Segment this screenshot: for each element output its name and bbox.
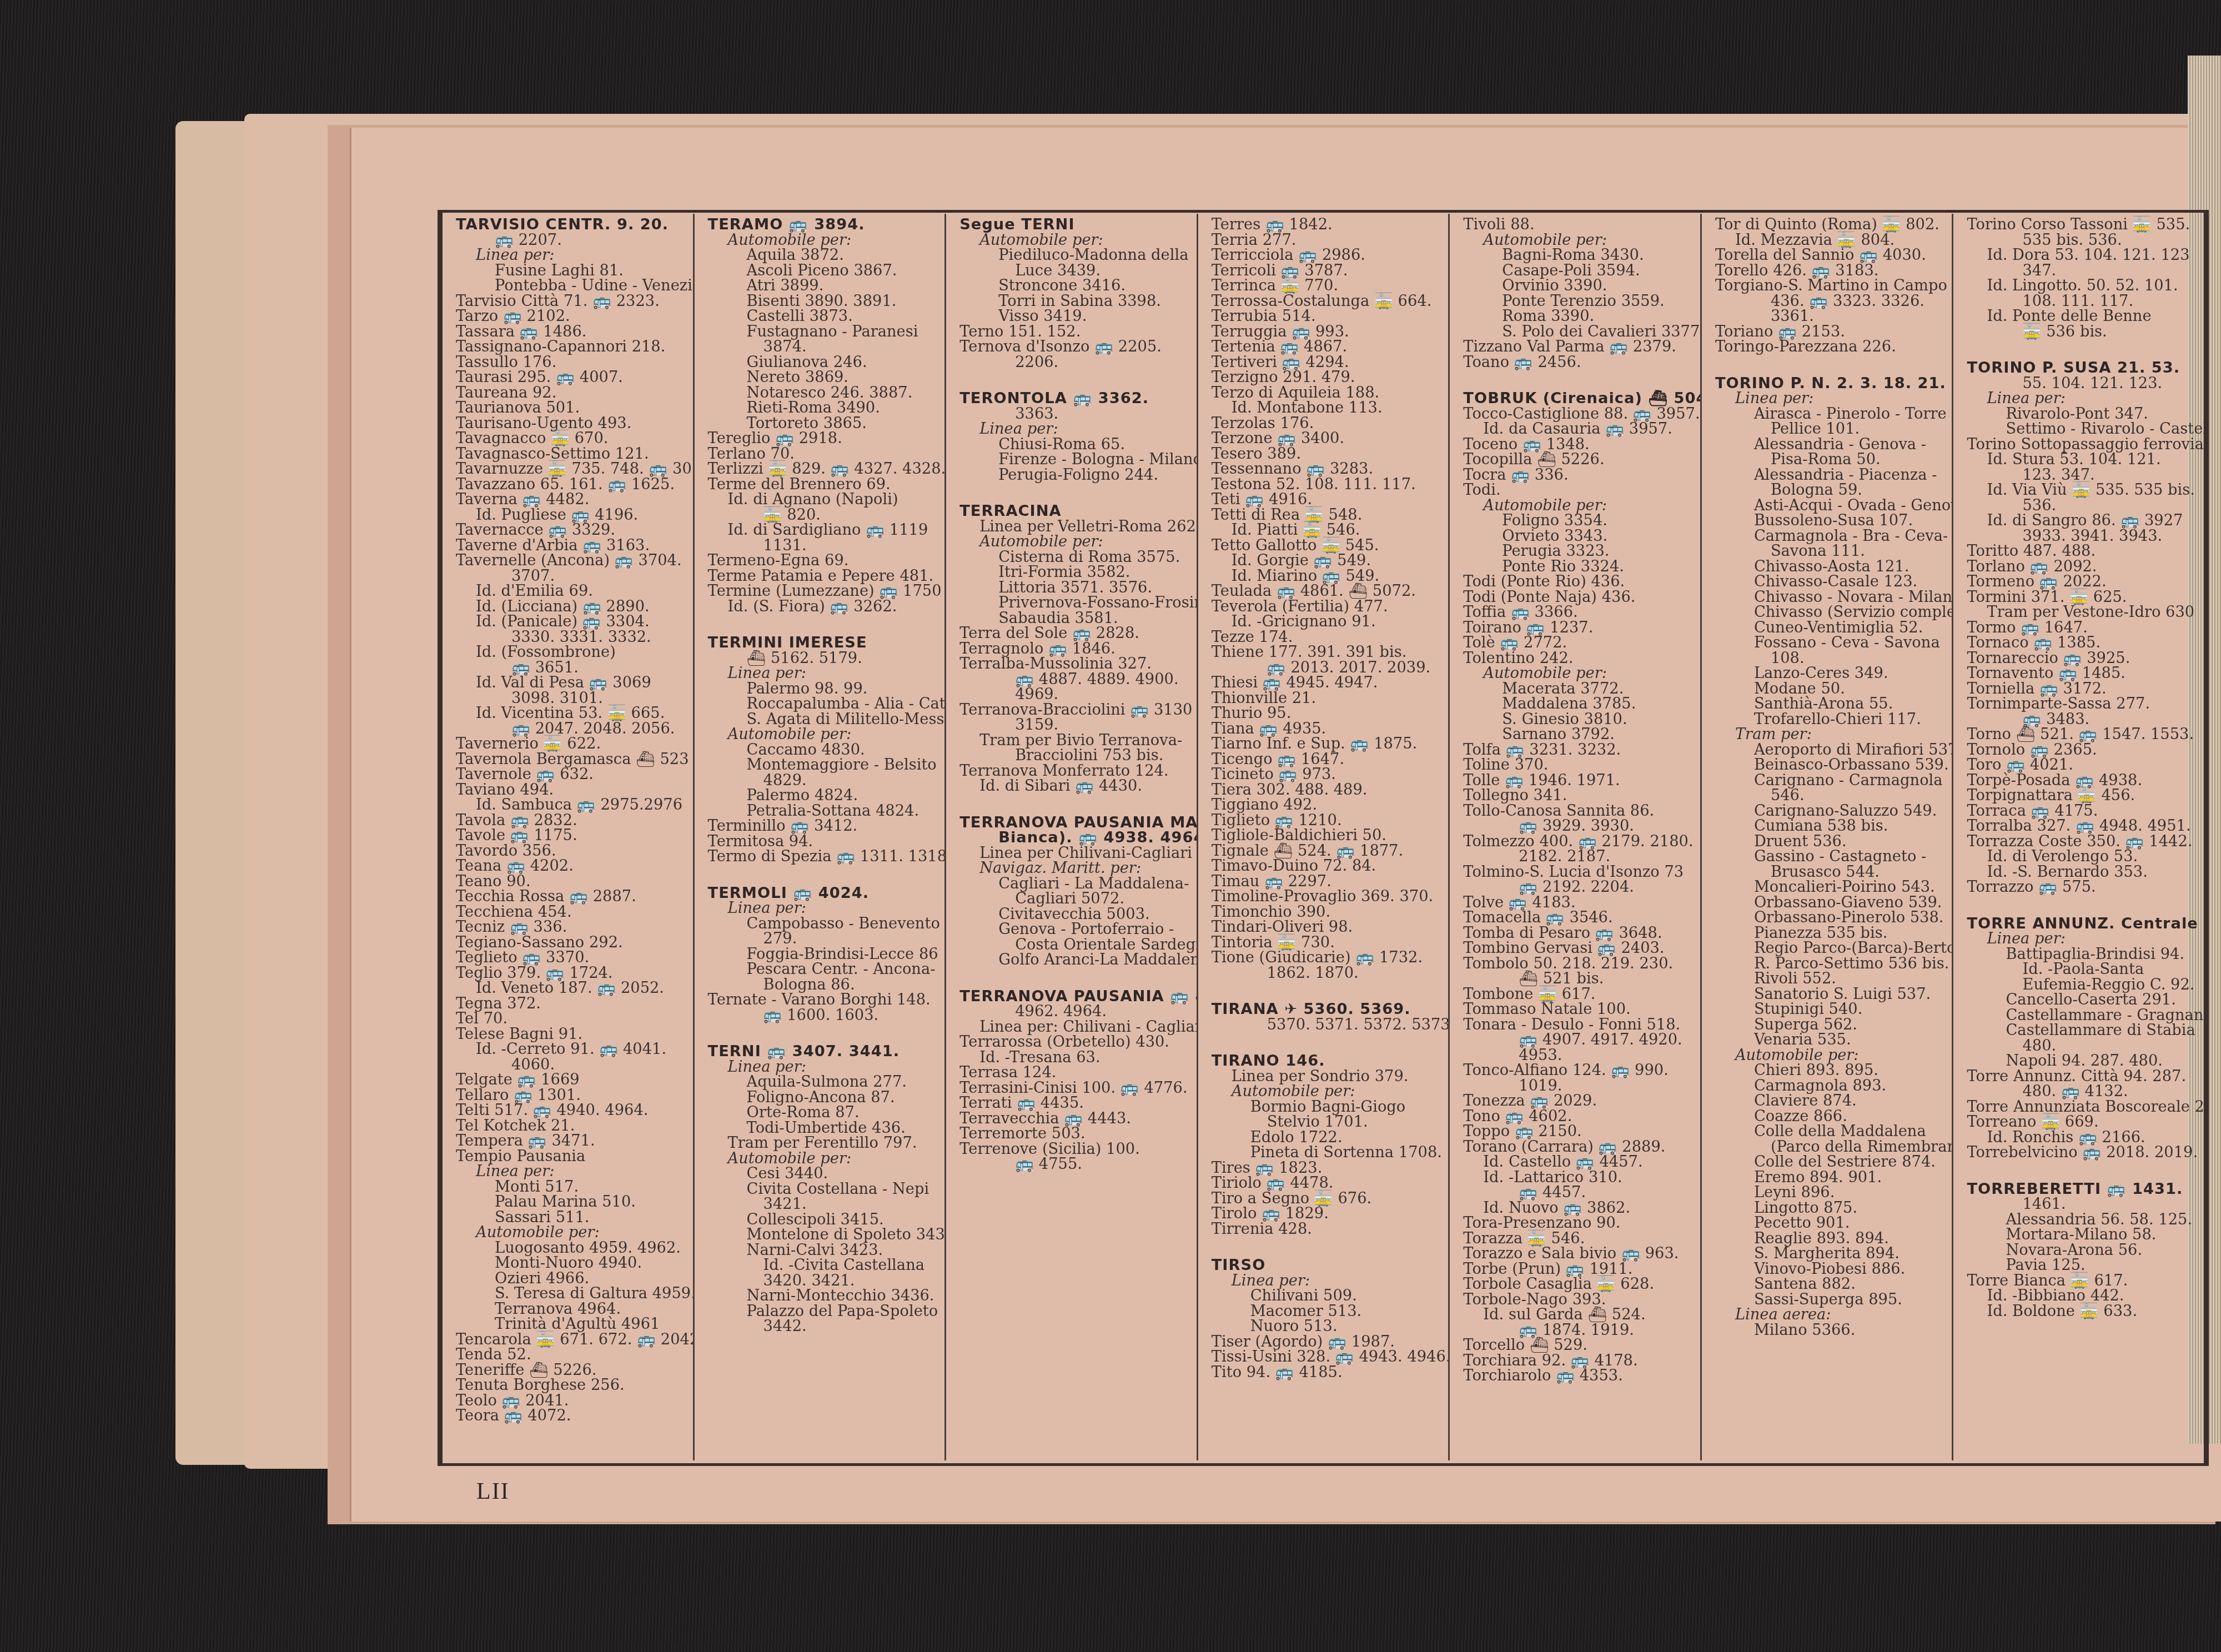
index-entry: Tolve 🚌 4183. [1463, 895, 1695, 911]
index-entry: Id. Castello 🚌 4457. [1463, 1154, 1695, 1170]
index-entry: Torre Annunziata Boscoreale 291. [1967, 1099, 2198, 1115]
index-entry: Trofarello-Chieri 117. [1715, 712, 1947, 727]
index-entry: 🚌 4755. [959, 1157, 1191, 1172]
index-entry: S. Margherita 894. [1715, 1246, 1947, 1262]
index-entry: Macerata 3772. [1463, 681, 1695, 697]
index-entry: Id. -Civita Castellana [708, 1258, 939, 1273]
index-entry: Orvinio 3390. [1463, 278, 1695, 294]
index-entry: Asti-Acqui - Ovada - Genova 128. [1715, 498, 1947, 514]
index-entry: Torre Annunz. Città 94. 287. [1967, 1069, 2198, 1084]
index-entry: Leyni 896. [1715, 1185, 1947, 1201]
index-entry: Montemaggiore - Belsito [708, 757, 939, 773]
index-entry: Tel Kotchek 21. [456, 1118, 687, 1134]
station-heading: TERMOLI 🚌 4024. [708, 886, 939, 901]
index-entry: Tegiano-Sassano 292. [456, 935, 687, 951]
index-entry: Cuneo-Ventimiglia 52. [1715, 620, 1947, 636]
index-entry: Tram per Vestone-Idro 630 [1967, 605, 2198, 620]
index-entry: Tereglio 🚌 2918. [708, 431, 939, 446]
index-entry: Tione (Giudicarie) 🚌 1732. [1212, 950, 1443, 966]
index-entry: Terminillo 🚌 3412. [708, 819, 939, 834]
index-entry: Tito 94. 🚌 4185. [1212, 1365, 1443, 1380]
index-entry: Bracciolini 753 bis. [959, 748, 1191, 764]
index-entry: Linea per: [1212, 1273, 1443, 1289]
index-entry: Roma 3390. [1463, 309, 1695, 324]
index-entry: Tiser (Agordo) 🚌 1987. [1212, 1334, 1443, 1350]
index-entry: Bormio Bagni-Giogo [1212, 1099, 1443, 1115]
index-entry: Tassara 🚌 1486. [456, 324, 687, 340]
index-entry: Terrarossa (Orbetello) 430. [959, 1035, 1191, 1050]
index-entry: Claviere 874. [1715, 1093, 1947, 1109]
index-entry: Battipaglia-Brindisi 94. [1967, 947, 2198, 962]
index-column-1: TARVISIO CENTR. 9. 20.🚌 2207.Linea per:F… [443, 214, 695, 1460]
index-entry: Modane 50. [1715, 681, 1947, 697]
index-entry: 🚌 4907. 4917. 4920. [1463, 1032, 1695, 1048]
index-entry: Montelone di Spoleto 3433 [708, 1227, 939, 1243]
index-entry: Teglio 379. 🚌 1724. [456, 966, 687, 981]
index-entry: Tesero 389. [1212, 446, 1443, 462]
index-entry: Tavernelle (Ancona) 🚌 3704. [456, 553, 687, 569]
index-entry: 279. [708, 931, 939, 947]
index-column-7: Torino Corso Tassoni 🚋 535.535 bis. 536.… [1953, 214, 2204, 1460]
index-entry: Id. -Bibbiano 442. [1967, 1288, 2198, 1304]
index-entry: Tirolo 🚌 1829. [1212, 1206, 1443, 1222]
index-entry: 3363. [959, 406, 1191, 422]
section-spacer [1715, 355, 1947, 376]
index-entry: Terres 🚌 1842. [1212, 217, 1443, 233]
index-entry: Tomba di Pesaro 🚌 3648. [1463, 926, 1695, 941]
index-entry: Linea per: Chilivani - Cagliari 327. [959, 1020, 1191, 1035]
index-entry: Torrebelvicino 🚌 2018. 2019. [1967, 1145, 2198, 1161]
index-entry: Linea per: [708, 901, 939, 916]
index-entry: Torazzo e Sala bivio 🚌 963. [1463, 1246, 1695, 1262]
index-entry: Id. d'Emilia 69. [456, 584, 687, 599]
index-entry: Termo di Spezia 🚌 1311. 1318 [708, 849, 939, 865]
index-entry: 3707. [456, 569, 687, 584]
index-entry: 3442. [708, 1319, 939, 1334]
index-entry: 🚋 820. [708, 508, 939, 523]
index-entry: Torino Corso Tassoni 🚋 535. [1967, 217, 2198, 233]
index-entry: Telti 517. 🚌 4940. 4964. [456, 1103, 687, 1118]
index-entry: Orvieto 3343. [1463, 529, 1695, 544]
index-entry: Linea per Sondrio 379. [1212, 1069, 1443, 1084]
index-entry: Automobile per: [708, 1151, 939, 1167]
index-entry: Napoli 94. 287. 480. [1967, 1053, 2198, 1069]
index-entry: Terricoli 🚌 3787. [1212, 263, 1443, 279]
index-entry: Tornavento 🚌 1485. [1967, 666, 2198, 681]
index-entry: Navigaz. Maritt. per: [959, 861, 1191, 876]
index-entry: Chivasso-Aosta 121. [1715, 559, 1947, 575]
index-entry: Fossano - Ceva - Savona [1715, 635, 1947, 651]
index-entry: Terragnolo 🚌 1846. [959, 641, 1191, 657]
index-entry: Caccamo 4830. [708, 742, 939, 758]
index-entry: Tessennano 🚌 3283. [1212, 461, 1443, 477]
index-entry: Pavia 125. [1967, 1258, 2198, 1273]
section-spacer [959, 794, 1191, 815]
index-entry: Automobile per: [959, 534, 1191, 550]
index-entry: Casape-Poli 3594. [1463, 263, 1695, 279]
index-entry: Thurio 95. [1212, 706, 1443, 721]
index-entry: Terravecchia 🚌 4443. [959, 1111, 1191, 1127]
index-entry: Tor di Quinto (Roma) 🚋 802. [1715, 217, 1947, 233]
index-entry: Privernova-Fossano-Frosinone 3504. [959, 595, 1191, 611]
index-entry: Alessandria - Piacenza - [1715, 468, 1947, 483]
index-entry: Coazze 866. [1715, 1109, 1947, 1124]
index-entry: 4953. [1463, 1048, 1695, 1063]
index-entry: Roccapalumba - Alia - Catania 99. [708, 696, 939, 712]
index-entry: Toceno 🚌 1348. [1463, 437, 1695, 453]
index-entry: Littoria 3571. 3576. [959, 580, 1191, 596]
index-entry: Edolo 1722. [1212, 1130, 1443, 1146]
index-entry: ⛴ 521 bis. [1463, 971, 1695, 987]
index-entry: Ticengo 🚌 1647. [1212, 752, 1443, 767]
index-entry: Terremorte 503. [959, 1126, 1191, 1142]
section-spacer [1967, 1161, 2198, 1182]
index-entry: 108. [1715, 651, 1947, 666]
index-entry: Tissi-Usini 328. 🚌 4943. 4946. [1212, 1349, 1443, 1365]
index-entry: Linea per: [1715, 391, 1947, 406]
index-entry: Eufemia-Reggio C. 92. [1967, 977, 2198, 993]
index-entry: Tollo-Canosa Sannita 86. [1463, 804, 1695, 819]
index-entry: Piediluco-Madonna della [959, 248, 1191, 263]
index-entry: Tormeno 🚌 2022. [1967, 574, 2198, 590]
index-column-6: Tor di Quinto (Roma) 🚋 802.Id. Mezzavia … [1702, 214, 1954, 1460]
index-entry: Trinità d'Agultù 4961 [456, 1317, 687, 1332]
index-entry: Pescara Centr. - Ancona- [708, 962, 939, 977]
index-entry: Torchiara 92. 🚌 4178. [1463, 1353, 1695, 1369]
index-entry: Toringo-Parezzana 226. [1715, 339, 1947, 355]
index-entry: 3421. [708, 1197, 939, 1212]
index-entry: 🚌 3483. [1967, 712, 2198, 727]
index-entry: Tram per: [1715, 727, 1947, 742]
index-entry: Torino Sottopassaggio ferrovia 🚋 535. 53… [1967, 437, 2198, 453]
station-heading: TORINO P. N. 2. 3. 18. 21. [1715, 376, 1947, 391]
index-entry: 5370. 5371. 5372. 5373. [1212, 1017, 1443, 1033]
index-entry: Terzone 🚌 3400. [1212, 431, 1443, 446]
index-entry: Terzigno 291. 479. [1212, 370, 1443, 385]
index-entry: Vinovo-Piobesi 886. [1715, 1262, 1947, 1277]
index-entry: Id. Gorgie 🚌 549. [1212, 553, 1443, 569]
index-entry: Torano (Carrara) 🚌 2889. [1463, 1139, 1695, 1155]
index-entry: Terzolas 176. [1212, 416, 1443, 431]
page-number: LII [476, 1478, 510, 1505]
index-entry: Tolmezzo 400. 🚌 2179. 2180. [1463, 834, 1695, 850]
index-entry: Tolentino 242. [1463, 651, 1695, 666]
index-entry: Todi (Ponte Naja) 436. [1463, 590, 1695, 605]
index-entry: Chivasso-Casale 123. [1715, 574, 1947, 590]
index-entry: Tollegno 341. [1463, 788, 1695, 804]
index-entry: Santhià-Arona 55. [1715, 696, 1947, 712]
index-entry: Rivarolo-Pont 347. [1967, 406, 2198, 422]
index-entry: Monti-Nuoro 4940. [456, 1256, 687, 1271]
index-entry: Fustagnano - Paranesi [708, 324, 939, 340]
index-entry: Novara-Arona 56. [1967, 1243, 2198, 1258]
index-entry: Ozieri 4966. [456, 1271, 687, 1287]
index-entry: 🚌 3929. 3930. [1463, 819, 1695, 834]
index-entry: Collescipoli 3415. [708, 1212, 939, 1228]
index-entry: Gassino - Castagneto - [1715, 849, 1947, 865]
index-entry: Tono 🚌 4602. [1463, 1109, 1695, 1124]
station-heading: TIRANO 146. [1212, 1053, 1443, 1069]
index-entry: Tavole 🚌 1175. [456, 828, 687, 843]
index-columns: TARVISIO CENTR. 9. 20.🚌 2207.Linea per:F… [443, 214, 2204, 1460]
index-entry: Taurasi 295. 🚌 4007. [456, 370, 687, 385]
section-spacer [708, 865, 939, 886]
index-entry: Sanatorio S. Luigi 537. [1715, 987, 1947, 1002]
index-entry: Ternova d'Isonzo 🚌 2205. [959, 339, 1191, 355]
index-entry: Id. Via Viù 🚋 535. 535 bis. [1967, 483, 2198, 498]
index-entry: Alessandria - Genova - [1715, 437, 1947, 453]
index-entry: Id. sul Garda ⛴ 524. [1463, 1307, 1695, 1323]
index-entry: Tomacella 🚌 3546. [1463, 910, 1695, 926]
index-entry: 535 bis. 536. [1967, 233, 2198, 248]
index-entry: Foggia-Brindisi-Lecce 86 [708, 947, 939, 962]
index-entry: Tornimparte-Sassa 277. [1967, 696, 2198, 712]
index-entry: Id. Boldone 🚋 633. [1967, 1304, 2198, 1319]
station-heading: TERRANOVA PAUSANIA 🚌 4938. 4960. [959, 989, 1191, 1005]
index-entry: 🚌 1600. 1603. [708, 1008, 939, 1023]
station-heading: Segue TERNI [959, 217, 1191, 233]
section-spacer [1967, 895, 2198, 916]
index-entry: Thiesi 🚌 4945. 4947. [1212, 675, 1443, 691]
index-entry: Tiana 🚌 4935. [1212, 721, 1443, 737]
index-entry: Settimo - Rivarolo - Castellamonte 347. [1967, 421, 2198, 437]
index-entry: Timonchio 390. [1212, 905, 1443, 920]
index-entry: S. Agata di Militello-Messina Maritt. 98… [708, 712, 939, 727]
index-entry: 536. [1967, 498, 2198, 514]
index-entry: R. Parco-Settimo 536 bis. [1715, 956, 1947, 972]
index-entry: 2206. [959, 355, 1191, 370]
index-entry: Tirrenia 428. [1212, 1222, 1443, 1237]
index-entry: Id. Mezzavia 🚋 804. [1715, 233, 1947, 248]
index-entry: Torno ⛴ 521. 🚌 1547. 1553. [1967, 727, 2198, 742]
index-entry: Toffia 🚌 3366. [1463, 605, 1695, 620]
index-entry: Tintoria 🚋 730. [1212, 935, 1443, 951]
index-entry: Tocra 🚌 336. [1463, 468, 1695, 483]
index-entry: Monti 517. [456, 1179, 687, 1195]
index-entry: Tetto Gallotto 🚋 545. [1212, 538, 1443, 554]
index-entry: Toano 🚌 2456. [1463, 355, 1695, 370]
index-entry: Visso 3419. [959, 309, 1191, 324]
index-entry: Chilivani 509. [1212, 1288, 1443, 1304]
index-entry: Termitosa 94. [708, 834, 939, 850]
index-entry: Carignano - Carmagnola [1715, 773, 1947, 789]
index-entry: 3159. [959, 717, 1191, 733]
index-entry: Tel 70. [456, 1011, 687, 1027]
index-entry: Tarvisio Città 71. 🚌 2323. [456, 294, 687, 309]
index-entry: 4829. [708, 773, 939, 789]
index-entry: Fusine Laghi 81. [456, 263, 687, 279]
index-entry: Tiggiano 492. [1212, 797, 1443, 813]
index-entry: Eremo 894. 901. [1715, 1170, 1947, 1186]
index-entry: Tetti di Rea 🚋 548. [1212, 508, 1443, 523]
index-entry: Torniella 🚌 3172. [1967, 681, 2198, 697]
index-entry: Nereto 3869. [708, 370, 939, 385]
index-entry: Lanzo-Ceres 349. [1715, 666, 1947, 681]
index-entry: Torchiarolo 🚌 4353. [1463, 1368, 1695, 1384]
index-entry: Bussoleno-Susa 107. [1715, 513, 1947, 529]
index-entry: Tolfa 🚌 3231. 3232. [1463, 742, 1695, 758]
station-heading: TORREBERETTI 🚌 1431. [1967, 1182, 2198, 1197]
index-entry: Bologna 86. [708, 977, 939, 993]
index-entry: Palermo 98. 99. [708, 681, 939, 697]
index-entry: 3874. [708, 339, 939, 355]
index-entry: Teti 🚌 4916. [1212, 492, 1443, 508]
index-entry: 3330. 3331. 3332. [456, 630, 687, 645]
index-entry: Linea per Velletri-Roma 262 [959, 519, 1191, 535]
index-entry: Sarnano 3792. [1463, 727, 1695, 742]
index-entry: Rivoli 552. [1715, 971, 1947, 987]
index-entry: Foligno 3354. [1463, 513, 1695, 529]
index-entry: Terranova Monferrato 124. [959, 764, 1191, 779]
index-entry: 🚌 4887. 4889. 4900. [959, 672, 1191, 687]
index-entry: 1131. [708, 538, 939, 554]
index-entry: Tavordo 356. [456, 843, 687, 859]
station-heading: TERONTOLA 🚌 3362. [959, 391, 1191, 406]
index-entry: 1019. [1463, 1078, 1695, 1094]
index-entry: Id. di Sangro 86. 🚌 3927 [1967, 513, 2198, 529]
station-heading: TOBRUK (Cirenaica) ⛴ 5047 [1463, 391, 1695, 406]
index-entry: Termine (Lumezzane) 🚌 1750 [708, 584, 939, 599]
index-entry: Toppo 🚌 2150. [1463, 1124, 1695, 1139]
index-entry: Foligno-Ancona 87. [708, 1090, 939, 1106]
index-entry: Luce 3439. [959, 263, 1191, 279]
index-entry: Stupinigi 540. [1715, 1002, 1947, 1017]
index-entry: 108. 111. 117. [1967, 294, 2198, 309]
station-heading: TERNI 🚌 3407. 3441. [708, 1044, 939, 1060]
index-entry: Tavernole 🚌 632. [456, 767, 687, 782]
index-entry: Ponte Rio 3324. [1463, 559, 1695, 575]
index-entry: Terme Patamia e Pepere 481. [708, 569, 939, 584]
index-entry: Itri-Formia 3582. [959, 565, 1191, 580]
index-entry: Torcello ⛴ 529. [1463, 1338, 1695, 1353]
index-entry: Id. Pugliese 🚌 4196. [456, 508, 687, 523]
index-entry: Tavernola Bergamasca ⛴ 523 [456, 752, 687, 767]
index-entry: Terranova-Bracciolini 🚌 3130 [959, 702, 1191, 718]
index-entry: Tires 🚌 1823. [1212, 1161, 1443, 1176]
index-entry: Terrati 🚌 4435. [959, 1096, 1191, 1111]
index-entry: Id. di Sardigliano 🚌 1119 [708, 523, 939, 538]
index-entry: Id. (Fossombrone) [456, 645, 687, 660]
index-entry: Tenuta Borghese 256. [456, 1378, 687, 1393]
index-entry: Pecetto 901. [1715, 1216, 1947, 1231]
index-entry: Tonco-Alfiano 124. 🚌 990. [1463, 1063, 1695, 1078]
index-entry: Id. Val di Pesa 🚌 3069 [456, 675, 687, 691]
index-entry: Tenda 52. [456, 1347, 687, 1363]
index-entry: Tavernacce 🚌 3329. [456, 523, 687, 538]
index-entry: Stroncone 3416. [959, 278, 1191, 294]
index-entry: Tombino Gervasi 🚌 2403. [1463, 941, 1695, 956]
station-heading: TIRSO [1212, 1258, 1443, 1273]
index-entry: Cagliari - La Maddalena- [959, 876, 1191, 892]
index-entry: Toriano 🚌 2153. [1715, 324, 1947, 340]
index-entry: Tornaco 🚌 1385. [1967, 635, 2198, 651]
index-entry: Taureana 92. [456, 385, 687, 401]
index-entry: Linea per: [708, 1060, 939, 1075]
index-entry: Tezze 174. [1212, 630, 1443, 645]
index-entry: Todi. [1463, 483, 1695, 498]
index-entry: Torgiano-S. Martino in Campo [1715, 278, 1947, 294]
index-entry: Id. Vicentina 53. 🚋 665. [456, 706, 687, 721]
index-entry: Genova - Portoferraio - [959, 922, 1191, 937]
index-entry: Pisa-Roma 50. [1715, 452, 1947, 468]
index-column-3: Segue TERNIAutomobile per:Piediluco-Mado… [946, 214, 1198, 1460]
index-entry: Tiglieto 🚌 1210. [1212, 813, 1443, 828]
index-entry: Pianezza 535 bis. [1715, 926, 1947, 941]
index-entry: Tocopilla ⛴ 5226. [1463, 452, 1695, 468]
index-entry: Petralia-Sottana 4824. [708, 804, 939, 819]
index-entry: 3098. 3101. [456, 691, 687, 706]
index-entry: Id. Dora 53. 104. 121. 123 [1967, 248, 2198, 263]
index-entry: 123. 347. [1967, 468, 2198, 483]
section-spacer [1212, 981, 1443, 1002]
index-entry: Ternate - Varano Borghi 148. [708, 992, 939, 1008]
index-entry: Id. Veneto 187. 🚌 2052. [456, 981, 687, 996]
index-entry: Terme del Brennero 69. [708, 477, 939, 493]
index-entry: 🚌 2207. [456, 233, 687, 248]
index-entry: Tombone 🚋 617. [1463, 987, 1695, 1002]
index-entry: Airasca - Pinerolo - Torre [1715, 406, 1947, 422]
index-entry: Regio Parco-(Barca)-Bertoulla 536 bis. [1715, 941, 1947, 956]
index-entry: Reaglie 893. 894. [1715, 1231, 1947, 1247]
index-entry: Luogosanto 4959. 4962. [456, 1241, 687, 1256]
section-spacer [959, 968, 1191, 989]
station-heading: Bianca). 🚌 4938. 4964. [959, 830, 1191, 846]
index-entry: Id. -Lattarico 310. [1463, 1170, 1695, 1186]
index-entry: Tiro a Segno 🚋 676. [1212, 1191, 1443, 1207]
index-entry: 1862. 1870. [1212, 966, 1443, 981]
index-entry: Sassi-Superga 895. [1715, 1292, 1947, 1308]
index-entry: Palau Marina 510. [456, 1194, 687, 1210]
index-entry: 3933. 3941. 3943. [1967, 529, 2198, 544]
index-entry: 🚌 2047. 2048. 2056. [456, 721, 687, 737]
index-entry: Timau 🚌 2297. [1212, 874, 1443, 890]
index-entry: Id. -Paola-Santa [1967, 962, 2198, 977]
index-entry: Chivasso - Novara - Milano-Venezia 53. [1715, 590, 1947, 605]
index-entry: Tocco-Castiglione 88. 🚌 3957. [1463, 406, 1695, 422]
index-entry: Bologna 59. [1715, 483, 1947, 498]
index-entry: Linea per: [456, 1164, 687, 1179]
index-entry: Maddalena 3785. [1463, 696, 1695, 712]
index-entry: Giulianova 246. [708, 355, 939, 370]
index-entry: Tellaro 🚌 1301. [456, 1088, 687, 1103]
index-entry: Tecniz 🚌 336. [456, 920, 687, 935]
index-entry: Sabaudia 3581. [959, 611, 1191, 626]
index-entry: Tonara - Desulo - Fonni 518. [1463, 1017, 1695, 1033]
index-entry: Terno 151. 152. [959, 324, 1191, 340]
index-entry: Tiriolo 🚌 4478. [1212, 1176, 1443, 1191]
index-entry: Ponte Terenzio 3559. [1463, 294, 1695, 309]
index-column-5: Tivoli 88.Automobile per:Bagni-Roma 3430… [1450, 214, 1702, 1460]
index-entry: Torrazzo 🚌 575. [1967, 880, 2198, 895]
index-entry: Atri 3899. [708, 278, 939, 294]
index-entry: Telgate 🚌 1669 [456, 1072, 687, 1088]
index-entry: Santena 882. [1715, 1277, 1947, 1292]
index-entry: Tencarola 🚋 671. 672. 🚌 2042. [456, 1332, 687, 1348]
index-entry: Tigliole-Baldichieri 50. [1212, 828, 1443, 843]
index-entry: Torbole-Nago 393. [1463, 1292, 1695, 1308]
index-entry: Timavo-Duino 72. 84. [1212, 858, 1443, 874]
index-entry: Testona 52. 108. 111. 117. [1212, 477, 1443, 493]
section-spacer [708, 614, 939, 635]
index-entry: 4969. [959, 687, 1191, 702]
index-entry: Chiusi-Roma 65. [959, 437, 1191, 453]
index-entry: Tassignano-Capannori 218. [456, 339, 687, 355]
index-entry: Thionville 21. [1212, 691, 1443, 706]
index-entry: 🚌 2192. 2204. [1463, 880, 1695, 895]
index-entry: Cagliari 5072. [959, 891, 1191, 907]
index-entry: Tornareccio 🚌 3925. [1967, 651, 2198, 666]
index-entry: Sassari 511. [456, 1210, 687, 1226]
